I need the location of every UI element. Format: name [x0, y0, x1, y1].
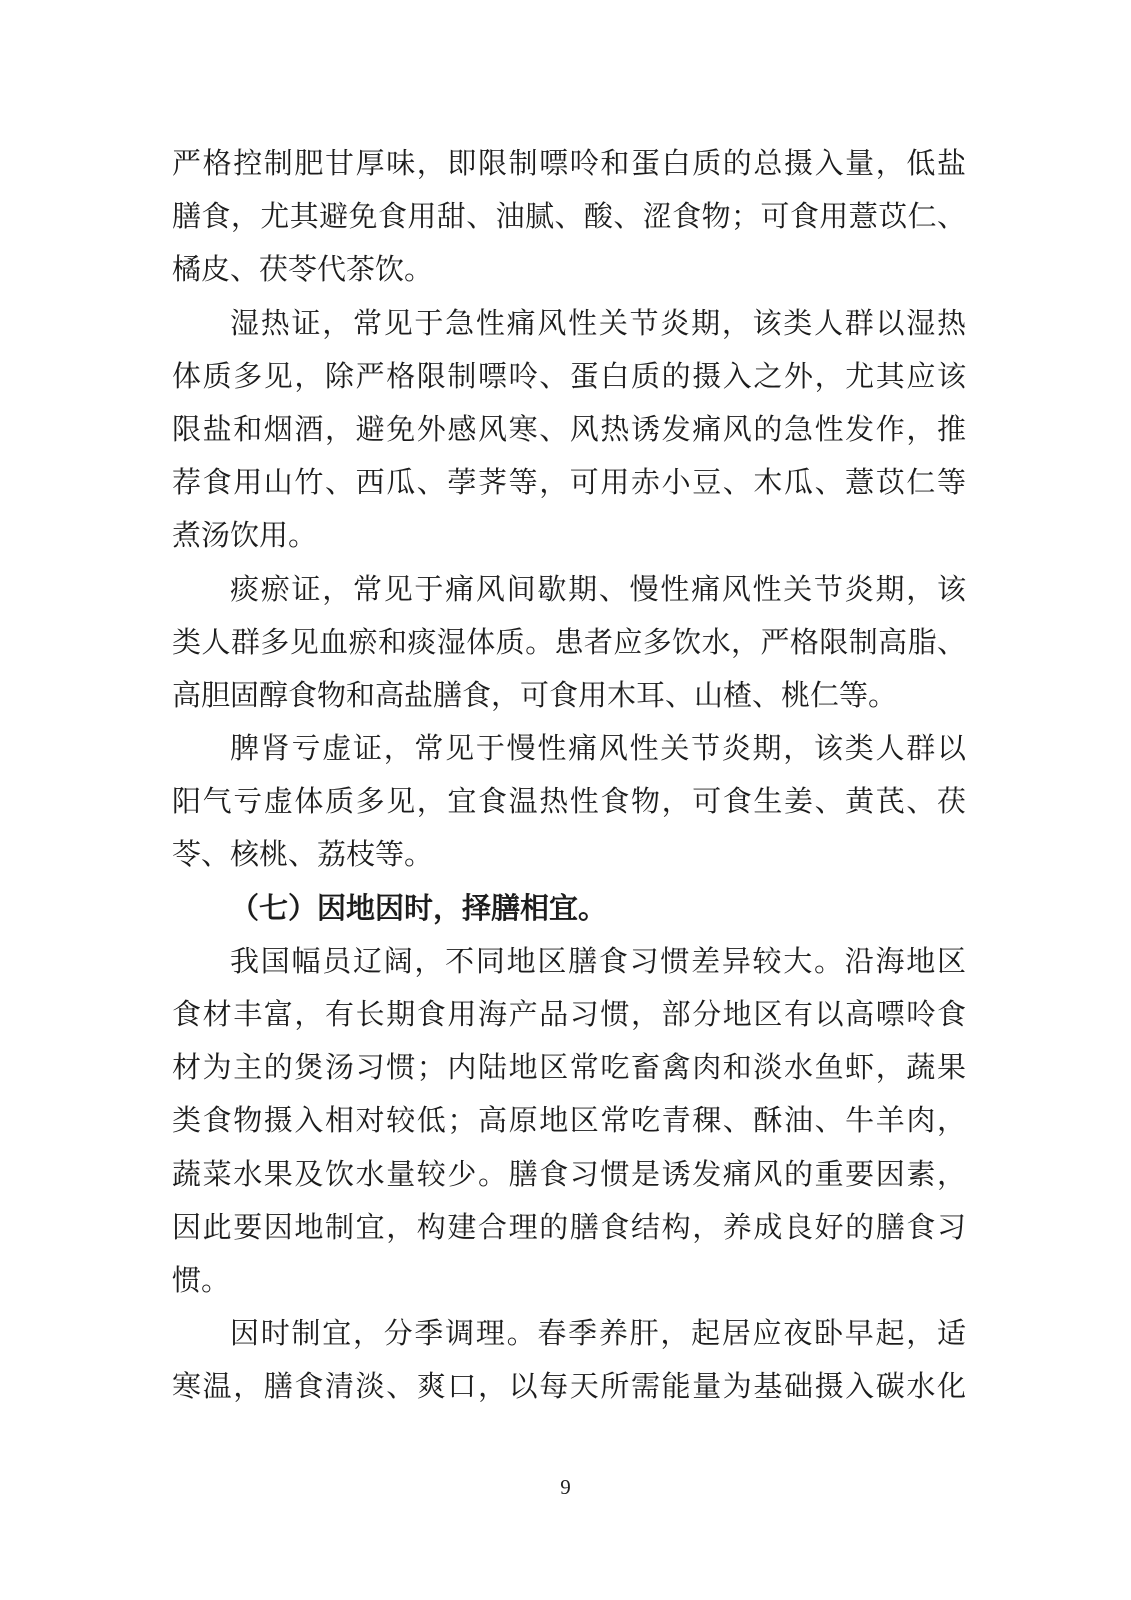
text-line: 蔬菜水果及饮水量较少。膳食习惯是诱发痛风的重要因素， — [172, 1149, 966, 1202]
section-heading-line: （七）因地因时，择膳相宜。 — [172, 883, 966, 936]
text-line: 类人群多见血瘀和痰湿体质。患者应多饮水，严格限制高脂、 — [172, 617, 966, 670]
text-line: 煮汤饮用。 — [172, 510, 966, 563]
text-line: 食材丰富，有长期食用海产品习惯，部分地区有以高嘌呤食 — [172, 989, 966, 1042]
text-line: 脾肾亏虚证，常见于慢性痛风性关节炎期，该类人群以 — [172, 723, 966, 776]
text-line: 苓、核桃、荔枝等。 — [172, 829, 966, 882]
text-line: 阳气亏虚体质多见，宜食温热性食物，可食生姜、黄芪、茯 — [172, 776, 966, 829]
text-line: 材为主的煲汤习惯；内陆地区常吃畜禽肉和淡水鱼虾，蔬果 — [172, 1042, 966, 1095]
text-line: 膳食，尤其避免食用甜、油腻、酸、涩食物；可食用薏苡仁、 — [172, 191, 966, 244]
text-line: 因时制宜，分季调理。春季养肝，起居应夜卧早起，适 — [172, 1308, 966, 1361]
text-line: 类食物摄入相对较低；高原地区常吃青稞、酥油、牛羊肉， — [172, 1095, 966, 1148]
text-line: 高胆固醇食物和高盐膳食，可食用木耳、山楂、桃仁等。 — [172, 670, 966, 723]
text-line: 惯。 — [172, 1255, 966, 1308]
text-line: 痰瘀证，常见于痛风间歇期、慢性痛风性关节炎期，该 — [172, 564, 966, 617]
text-line: 因此要因地制宜，构建合理的膳食结构，养成良好的膳食习 — [172, 1202, 966, 1255]
document-page: 严格控制肥甘厚味，即限制嘌呤和蛋白质的总摄入量，低盐膳食，尤其避免食用甜、油腻、… — [0, 0, 1131, 1600]
text-line: 寒温，膳食清淡、爽口，以每天所需能量为基础摄入碳水化 — [172, 1361, 966, 1414]
text-line: 荐食用山竹、西瓜、荸荠等，可用赤小豆、木瓜、薏苡仁等 — [172, 457, 966, 510]
text-line: 体质多见，除严格限制嘌呤、蛋白质的摄入之外，尤其应该 — [172, 351, 966, 404]
text-line: 湿热证，常见于急性痛风性关节炎期，该类人群以湿热 — [172, 298, 966, 351]
text-line: 我国幅员辽阔，不同地区膳食习惯差异较大。沿海地区 — [172, 936, 966, 989]
text-line: 橘皮、茯苓代茶饮。 — [172, 244, 966, 297]
page-number: 9 — [0, 1472, 1131, 1502]
document-body: 严格控制肥甘厚味，即限制嘌呤和蛋白质的总摄入量，低盐膳食，尤其避免食用甜、油腻、… — [172, 138, 966, 1415]
text-line: 严格控制肥甘厚味，即限制嘌呤和蛋白质的总摄入量，低盐 — [172, 138, 966, 191]
text-line: 限盐和烟酒，避免外感风寒、风热诱发痛风的急性发作，推 — [172, 404, 966, 457]
